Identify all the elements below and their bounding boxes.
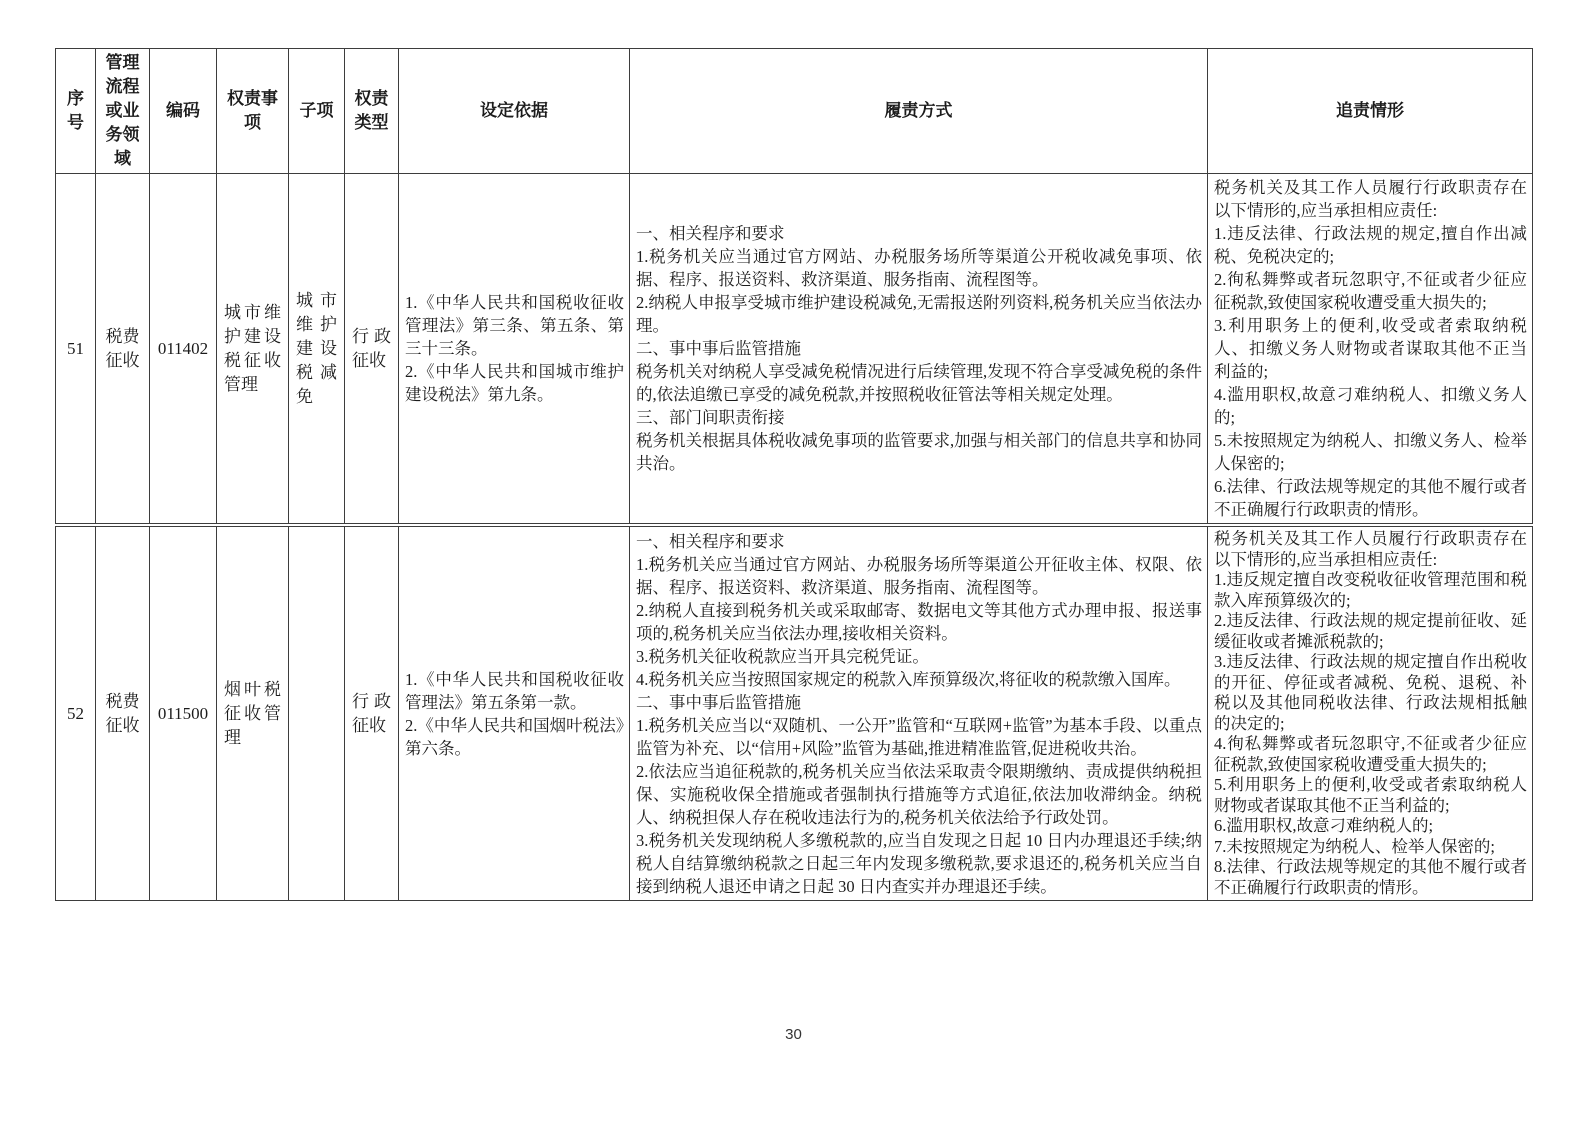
- cell-code-52: 011500: [150, 525, 217, 901]
- cell-type-51: 行政征收: [345, 174, 399, 526]
- cell-item-51: 城市维护建设税征收管理: [217, 174, 289, 526]
- cell-basis-51: 1.《中华人民共和国税收征收管理法》第三条、第五条、第三十三条。 2.《中华人民…: [399, 174, 630, 526]
- cell-subitem-52: [289, 525, 345, 901]
- cell-item-52: 烟叶税征收管理: [217, 525, 289, 901]
- col-header-seq: 序号: [56, 49, 96, 174]
- col-header-area: 管理流程或业务领域: [96, 49, 150, 174]
- table-row: 51 税费征收 011402 城市维护建设税征收管理 城市维护建设税减免 行政征…: [56, 174, 1533, 526]
- cell-area-52: 税费征收: [96, 525, 150, 901]
- cell-liability-51: 税务机关及其工作人员履行行政职责存在以下情形的,应当承担相应责任: 1.违反法律…: [1208, 174, 1533, 526]
- duty-table: 序号 管理流程或业务领域 编码 权责事项 子项 权责类型 设定依据 履责方式 追…: [55, 48, 1533, 901]
- cell-seq-52: 52: [56, 525, 96, 901]
- cell-method-51: 一、相关程序和要求 1.税务机关应当通过官方网站、办税服务场所等渠道公开税收减免…: [630, 174, 1208, 526]
- cell-subitem-51: 城市维护建设税减免: [289, 174, 345, 526]
- col-header-subitem: 子项: [289, 49, 345, 174]
- col-header-item: 权责事项: [217, 49, 289, 174]
- cell-basis-52: 1.《中华人民共和国税收征收管理法》第五条第一款。 2.《中华人民共和国烟叶税法…: [399, 525, 630, 901]
- col-header-liability: 追责情形: [1208, 49, 1533, 174]
- cell-area-51: 税费征收: [96, 174, 150, 526]
- page-number: 30: [0, 1026, 1587, 1043]
- col-header-type: 权责类型: [345, 49, 399, 174]
- col-header-method: 履责方式: [630, 49, 1208, 174]
- cell-type-52: 行政征收: [345, 525, 399, 901]
- cell-method-52: 一、相关程序和要求 1.税务机关应当通过官方网站、办税服务场所等渠道公开征收主体…: [630, 525, 1208, 901]
- cell-code-51: 011402: [150, 174, 217, 526]
- cell-seq-51: 51: [56, 174, 96, 526]
- document-page: 序号 管理流程或业务领域 编码 权责事项 子项 权责类型 设定依据 履责方式 追…: [0, 0, 1587, 1122]
- table-row: 52 税费征收 011500 烟叶税征收管理 行政征收 1.《中华人民共和国税收…: [56, 525, 1533, 901]
- col-header-basis: 设定依据: [399, 49, 630, 174]
- col-header-code: 编码: [150, 49, 217, 174]
- table-header-row: 序号 管理流程或业务领域 编码 权责事项 子项 权责类型 设定依据 履责方式 追…: [56, 49, 1533, 174]
- cell-liability-52: 税务机关及其工作人员履行行政职责存在以下情形的,应当承担相应责任: 1.违反规定…: [1208, 525, 1533, 901]
